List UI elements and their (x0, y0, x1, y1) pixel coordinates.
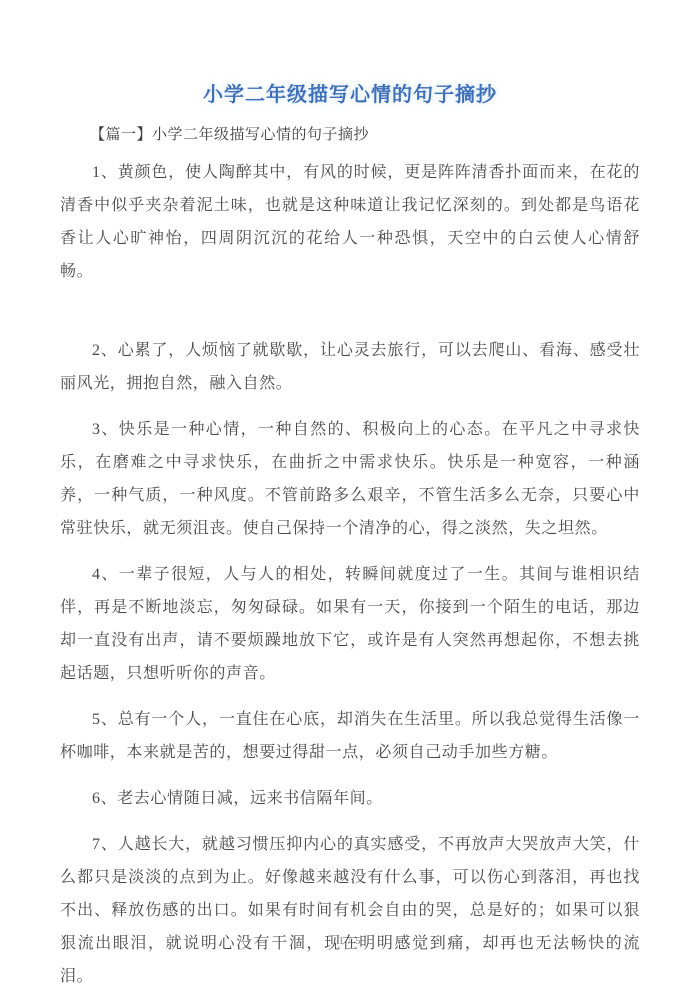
paragraph-4: 4、一辈子很短，人与人的相处，转瞬间就度过了一生。其间与谁相识结伴，再是不断地淡… (60, 558, 640, 690)
paragraph-1: 1、黄颜色，使人陶醉其中，有风的时候，更是阵阵清香扑面而来，在花的清香中似乎夹杂… (60, 156, 640, 288)
paragraph-7: 7、人越长大，就越习惯压抑内心的真实感受，不再放声大哭放声大笑，什么都只是淡淡的… (60, 828, 640, 989)
page-title: 小学二年级描写心情的句子摘抄 (60, 78, 640, 107)
paragraph-5: 5、总有一个人，一直住在心底，却消失在生活里。所以我总觉得生活像一杯咖啡，本来就… (60, 703, 640, 769)
paragraph-2: 2、心累了，人烦恼了就歇歇，让心灵去旅行，可以去爬山、看海、感受壮丽风光，拥抱自… (60, 334, 640, 400)
page-number: 1 / 5 (0, 936, 700, 947)
paragraph-3: 3、快乐是一种心情，一种自然的、积极向上的心态。在平凡之中寻求快乐，在磨难之中寻… (60, 413, 640, 545)
section-heading: 【篇一】小学二年级描写心情的句子摘抄 (60, 123, 640, 144)
paragraph-6: 6、老去心情随日减，远来书信隔年间。 (60, 782, 640, 815)
document-page: 小学二年级描写心情的句子摘抄 【篇一】小学二年级描写心情的句子摘抄 1、黄颜色，… (0, 0, 700, 989)
